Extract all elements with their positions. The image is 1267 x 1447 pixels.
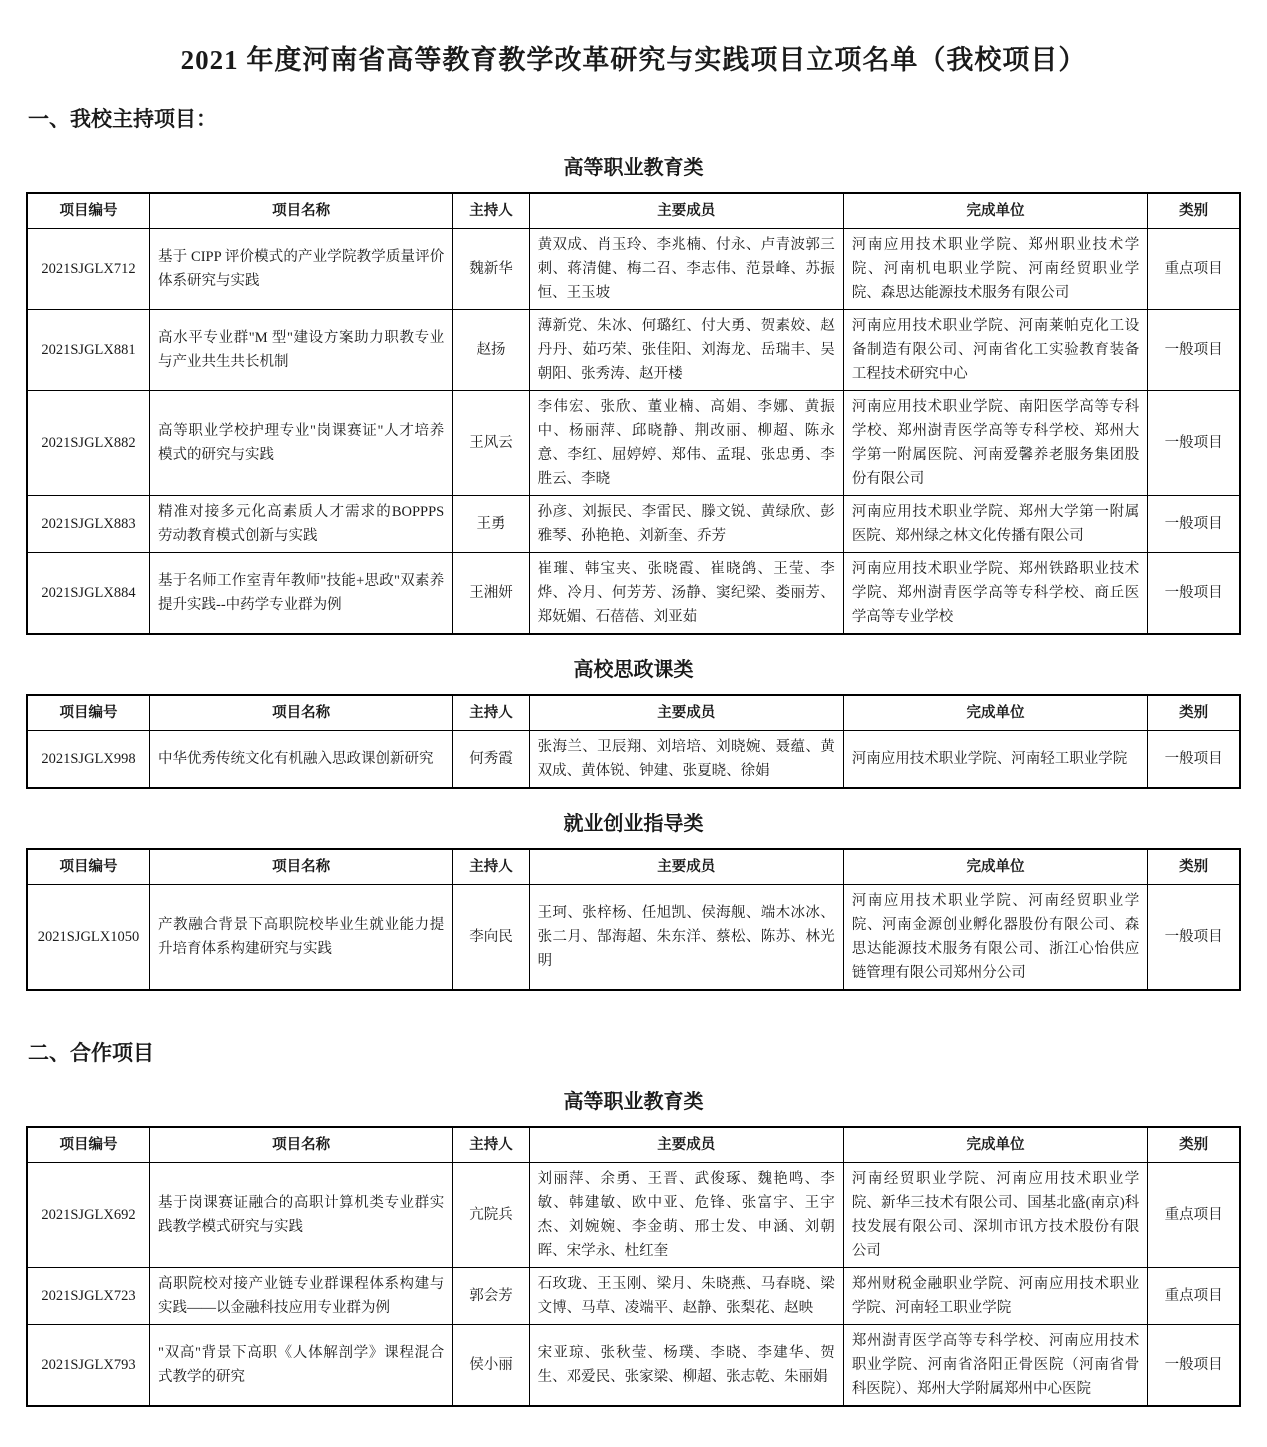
column-header-category: 类别: [1148, 193, 1240, 229]
project-units-cell: 郑州澍青医学高等专科学校、河南应用技术职业学院、河南省洛阳正骨医院（河南省骨科医…: [843, 1325, 1147, 1407]
project-leader-cell: 何秀霞: [453, 731, 529, 789]
project-leader-cell: 王湘妍: [453, 553, 529, 635]
project-leader-cell: 李向民: [453, 885, 529, 991]
project-id-cell: 2021SJGLX998: [27, 731, 150, 789]
project-name-cell: 基于名师工作室青年教师"技能+思政"双素养提升实践--中药学专业群为例: [150, 553, 453, 635]
table-ideological-politics: 项目编号项目名称主持人主要成员完成单位类别2021SJGLX998中华优秀传统文…: [26, 694, 1241, 789]
project-id-cell: 2021SJGLX1050: [27, 885, 150, 991]
project-members-cell: 张海兰、卫辰翔、刘培培、刘晓婉、聂蕴、黄双成、黄体锐、钟建、张夏晓、徐娟: [529, 731, 843, 789]
section-1-heading: 一、我校主持项目：: [28, 103, 1241, 133]
project-id-cell: 2021SJGLX793: [27, 1325, 150, 1407]
project-leader-cell: 王风云: [453, 391, 529, 496]
table-employment-guidance: 项目编号项目名称主持人主要成员完成单位类别2021SJGLX1050产教融合背景…: [26, 848, 1241, 991]
project-members-cell: 崔璀、韩宝夹、张晓霞、崔晓鸽、王莹、李烨、冷月、何芳芳、汤静、窦纪梁、娄丽芳、郑…: [529, 553, 843, 635]
project-id-cell: 2021SJGLX882: [27, 391, 150, 496]
column-header-units: 完成单位: [843, 193, 1147, 229]
table-row: 2021SJGLX998中华优秀传统文化有机融入思政课创新研究何秀霞张海兰、卫辰…: [27, 731, 1240, 789]
project-category-cell: 一般项目: [1148, 310, 1240, 391]
project-units-cell: 河南应用技术职业学院、河南莱帕克化工设备制造有限公司、河南省化工实验教育装备工程…: [843, 310, 1147, 391]
project-members-cell: 薄新党、朱冰、何璐红、付大勇、贺素姣、赵丹丹、茹巧荣、张佳阳、刘海龙、岳瑞丰、吴…: [529, 310, 843, 391]
column-header-name: 项目名称: [150, 193, 453, 229]
table-row: 2021SJGLX793"双高"背景下高职《人体解剖学》课程混合式教学的研究侯小…: [27, 1325, 1240, 1407]
table-row: 2021SJGLX692基于岗课赛证融合的高职计算机类专业群实践教学模式研究与实…: [27, 1163, 1240, 1268]
project-category-cell: 一般项目: [1148, 1325, 1240, 1407]
table-4-caption: 高等职业教育类: [26, 1085, 1241, 1114]
column-header-units: 完成单位: [843, 1127, 1147, 1163]
table-3-caption: 就业创业指导类: [26, 807, 1241, 836]
project-leader-cell: 侯小丽: [453, 1325, 529, 1407]
table-hosted-higher-vocational: 项目编号项目名称主持人主要成员完成单位类别2021SJGLX712基于 CIPP…: [26, 192, 1241, 635]
page-title: 2021 年度河南省高等教育教学改革研究与实践项目立项名单（我校项目）: [26, 38, 1241, 77]
table-row: 2021SJGLX882高等职业学校护理专业"岗课赛证"人才培养模式的研究与实践…: [27, 391, 1240, 496]
project-members-cell: 孙彦、刘振民、李雷民、滕文锐、黄绿欣、彭雅琴、孙艳艳、刘新奎、乔芳: [529, 496, 843, 553]
project-members-cell: 黄双成、肖玉玲、李兆楠、付永、卢青波郭三刺、蒋清健、梅二召、李志伟、范景峰、苏振…: [529, 229, 843, 310]
project-name-cell: 产教融合背景下高职院校毕业生就业能力提升培育体系构建研究与实践: [150, 885, 453, 991]
table-1-caption: 高等职业教育类: [26, 151, 1241, 180]
column-header-members: 主要成员: [529, 849, 843, 885]
column-header-units: 完成单位: [843, 695, 1147, 731]
column-header-category: 类别: [1148, 695, 1240, 731]
project-name-cell: "双高"背景下高职《人体解剖学》课程混合式教学的研究: [150, 1325, 453, 1407]
column-header-name: 项目名称: [150, 695, 453, 731]
project-name-cell: 基于岗课赛证融合的高职计算机类专业群实践教学模式研究与实践: [150, 1163, 453, 1268]
column-header-units: 完成单位: [843, 849, 1147, 885]
project-units-cell: 郑州财税金融职业学院、河南应用技术职业学院、河南轻工职业学院: [843, 1268, 1147, 1325]
project-members-cell: 李伟宏、张欣、董业楠、高娟、李娜、黄振中、杨丽萍、邱晓静、荆改丽、柳超、陈永意、…: [529, 391, 843, 496]
project-category-cell: 重点项目: [1148, 1163, 1240, 1268]
table-header-row: 项目编号项目名称主持人主要成员完成单位类别: [27, 695, 1240, 731]
project-units-cell: 河南经贸职业学院、河南应用技术职业学院、新华三技术有限公司、国基北盛(南京)科技…: [843, 1163, 1147, 1268]
project-id-cell: 2021SJGLX723: [27, 1268, 150, 1325]
table-row: 2021SJGLX1050产教融合背景下高职院校毕业生就业能力提升培育体系构建研…: [27, 885, 1240, 991]
project-members-cell: 王珂、张梓杨、任旭凯、侯海舰、端木冰冰、张二月、郜海超、朱东洋、蔡松、陈苏、林光…: [529, 885, 843, 991]
column-header-name: 项目名称: [150, 849, 453, 885]
table-cooperative-higher-vocational: 项目编号项目名称主持人主要成员完成单位类别2021SJGLX692基于岗课赛证融…: [26, 1126, 1241, 1407]
table-row: 2021SJGLX712基于 CIPP 评价模式的产业学院教学质量评价体系研究与…: [27, 229, 1240, 310]
column-header-members: 主要成员: [529, 1127, 843, 1163]
project-category-cell: 一般项目: [1148, 731, 1240, 789]
project-leader-cell: 赵扬: [453, 310, 529, 391]
table-header-row: 项目编号项目名称主持人主要成员完成单位类别: [27, 1127, 1240, 1163]
table-row: 2021SJGLX723高职院校对接产业链专业群课程体系构建与实践——以金融科技…: [27, 1268, 1240, 1325]
project-name-cell: 基于 CIPP 评价模式的产业学院教学质量评价体系研究与实践: [150, 229, 453, 310]
project-category-cell: 一般项目: [1148, 885, 1240, 991]
project-name-cell: 高职院校对接产业链专业群课程体系构建与实践——以金融科技应用专业群为例: [150, 1268, 453, 1325]
table-header-row: 项目编号项目名称主持人主要成员完成单位类别: [27, 849, 1240, 885]
column-header-id: 项目编号: [27, 849, 150, 885]
column-header-leader: 主持人: [453, 193, 529, 229]
column-header-category: 类别: [1148, 849, 1240, 885]
column-header-members: 主要成员: [529, 193, 843, 229]
document-page: 2021 年度河南省高等教育教学改革研究与实践项目立项名单（我校项目） 一、我校…: [0, 0, 1267, 1447]
column-header-id: 项目编号: [27, 193, 150, 229]
project-leader-cell: 亢院兵: [453, 1163, 529, 1268]
column-header-leader: 主持人: [453, 695, 529, 731]
project-units-cell: 河南应用技术职业学院、郑州大学第一附属医院、郑州绿之林文化传播有限公司: [843, 496, 1147, 553]
project-category-cell: 一般项目: [1148, 496, 1240, 553]
table-row: 2021SJGLX881高水平专业群"M 型"建设方案助力职教专业与产业共生共长…: [27, 310, 1240, 391]
project-members-cell: 石玫珑、王玉刚、梁月、朱晓燕、马春晓、梁文博、马草、凌端平、赵静、张梨花、赵映: [529, 1268, 843, 1325]
project-members-cell: 宋亚琼、张秋莹、杨璞、李晓、李建华、贺生、邓爱民、张家梁、柳超、张志乾、朱丽娟: [529, 1325, 843, 1407]
project-name-cell: 高等职业学校护理专业"岗课赛证"人才培养模式的研究与实践: [150, 391, 453, 496]
project-id-cell: 2021SJGLX712: [27, 229, 150, 310]
table-row: 2021SJGLX883精准对接多元化高素质人才需求的BOPPPS 劳动教育模式…: [27, 496, 1240, 553]
project-members-cell: 刘丽萍、余勇、王晋、武俊琢、魏艳鸣、李敏、韩建敏、欧中亚、危锋、张富宇、王宇杰、…: [529, 1163, 843, 1268]
project-units-cell: 河南应用技术职业学院、河南轻工职业学院: [843, 731, 1147, 789]
project-units-cell: 河南应用技术职业学院、郑州职业技术学院、河南机电职业学院、河南经贸职业学院、森思…: [843, 229, 1147, 310]
column-header-name: 项目名称: [150, 1127, 453, 1163]
column-header-leader: 主持人: [453, 1127, 529, 1163]
project-units-cell: 河南应用技术职业学院、南阳医学高等专科学校、郑州澍青医学高等专科学校、郑州大学第…: [843, 391, 1147, 496]
table-2-caption: 高校思政课类: [26, 653, 1241, 682]
column-header-category: 类别: [1148, 1127, 1240, 1163]
column-header-leader: 主持人: [453, 849, 529, 885]
project-name-cell: 精准对接多元化高素质人才需求的BOPPPS 劳动教育模式创新与实践: [150, 496, 453, 553]
column-header-id: 项目编号: [27, 695, 150, 731]
project-category-cell: 一般项目: [1148, 391, 1240, 496]
project-category-cell: 一般项目: [1148, 553, 1240, 635]
project-category-cell: 重点项目: [1148, 1268, 1240, 1325]
section-2-heading: 二、合作项目: [28, 1037, 1241, 1067]
table-row: 2021SJGLX884基于名师工作室青年教师"技能+思政"双素养提升实践--中…: [27, 553, 1240, 635]
table-header-row: 项目编号项目名称主持人主要成员完成单位类别: [27, 193, 1240, 229]
project-units-cell: 河南应用技术职业学院、河南经贸职业学院、河南金源创业孵化器股份有限公司、森思达能…: [843, 885, 1147, 991]
project-id-cell: 2021SJGLX884: [27, 553, 150, 635]
column-header-members: 主要成员: [529, 695, 843, 731]
project-name-cell: 中华优秀传统文化有机融入思政课创新研究: [150, 731, 453, 789]
project-name-cell: 高水平专业群"M 型"建设方案助力职教专业与产业共生共长机制: [150, 310, 453, 391]
project-leader-cell: 魏新华: [453, 229, 529, 310]
project-leader-cell: 王勇: [453, 496, 529, 553]
project-units-cell: 河南应用技术职业学院、郑州铁路职业技术学院、郑州澍青医学高等专科学校、商丘医学高…: [843, 553, 1147, 635]
project-id-cell: 2021SJGLX881: [27, 310, 150, 391]
project-category-cell: 重点项目: [1148, 229, 1240, 310]
project-leader-cell: 郭会芳: [453, 1268, 529, 1325]
project-id-cell: 2021SJGLX883: [27, 496, 150, 553]
column-header-id: 项目编号: [27, 1127, 150, 1163]
project-id-cell: 2021SJGLX692: [27, 1163, 150, 1268]
